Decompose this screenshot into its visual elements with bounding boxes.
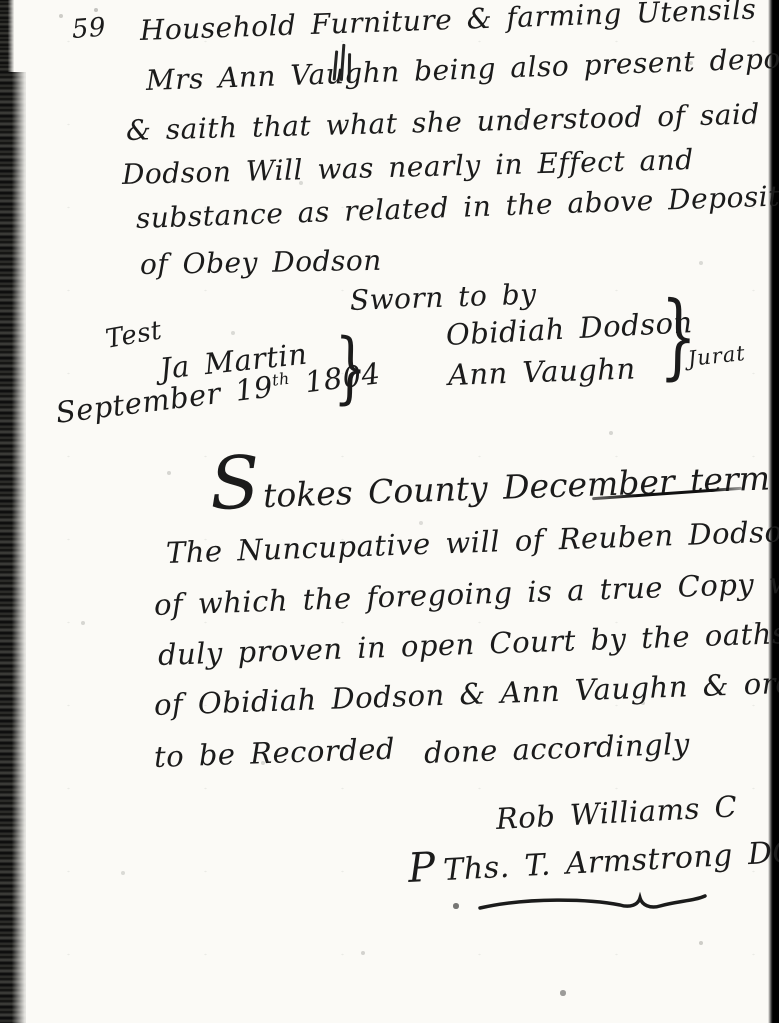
deputy-clerk-name: Ths. T. Armstrong DC [443,835,779,888]
deponent-signature-obidiah: Obidiah Dodson [445,307,693,352]
probate-line-5: to be Recorded [153,734,395,774]
deputy-clerk-signature: PThs. T. Armstrong DC [407,826,779,891]
manuscript-line-3: & saith that what she understood of said [126,99,761,146]
signature-flourish-prefix: P [407,843,437,892]
jurat-note: Jurat [687,342,747,371]
book-binding-edge-wide [0,72,26,1023]
teste-label: Test [104,316,165,354]
manuscript-scan-page: 59 Household Furniture & farming Utensil… [0,0,779,1023]
manuscript-line-5: substance as related in the above Deposi… [135,180,779,235]
page-number: 59 [71,14,107,45]
manuscript-line-6: of Obey Dodson [140,246,382,281]
probate-line-2: of which the foregoing is a true Copy wa… [153,566,779,621]
sworn-to-by-line: Sworn to by [349,279,537,316]
manuscript-line-4: Dodson Will was nearly in Effect and [122,145,694,191]
manuscript-line-2: Mrs Ann Vaughn being also present depose… [145,42,779,97]
probate-line-3: duly proven in open Court by the oaths [157,618,779,672]
court-term-heading: Stokes County December term 1804 [209,423,779,526]
probate-line-4: of Obidiah Dodson & Ann Vaughn & ordered [153,665,779,722]
clerk-signature: Rob Williams C [495,791,738,835]
manuscript-line-1: Household Furniture & farming Utensils [139,0,756,47]
date-ordinal: th [271,369,291,390]
attestation-brace-left: } [333,333,368,405]
paper-speckles [0,0,2,2]
deponent-signature-ann: Ann Vaughn [447,353,636,391]
probate-closing-note: done accordingly [423,729,690,770]
signature-underline-flourish [478,890,708,918]
